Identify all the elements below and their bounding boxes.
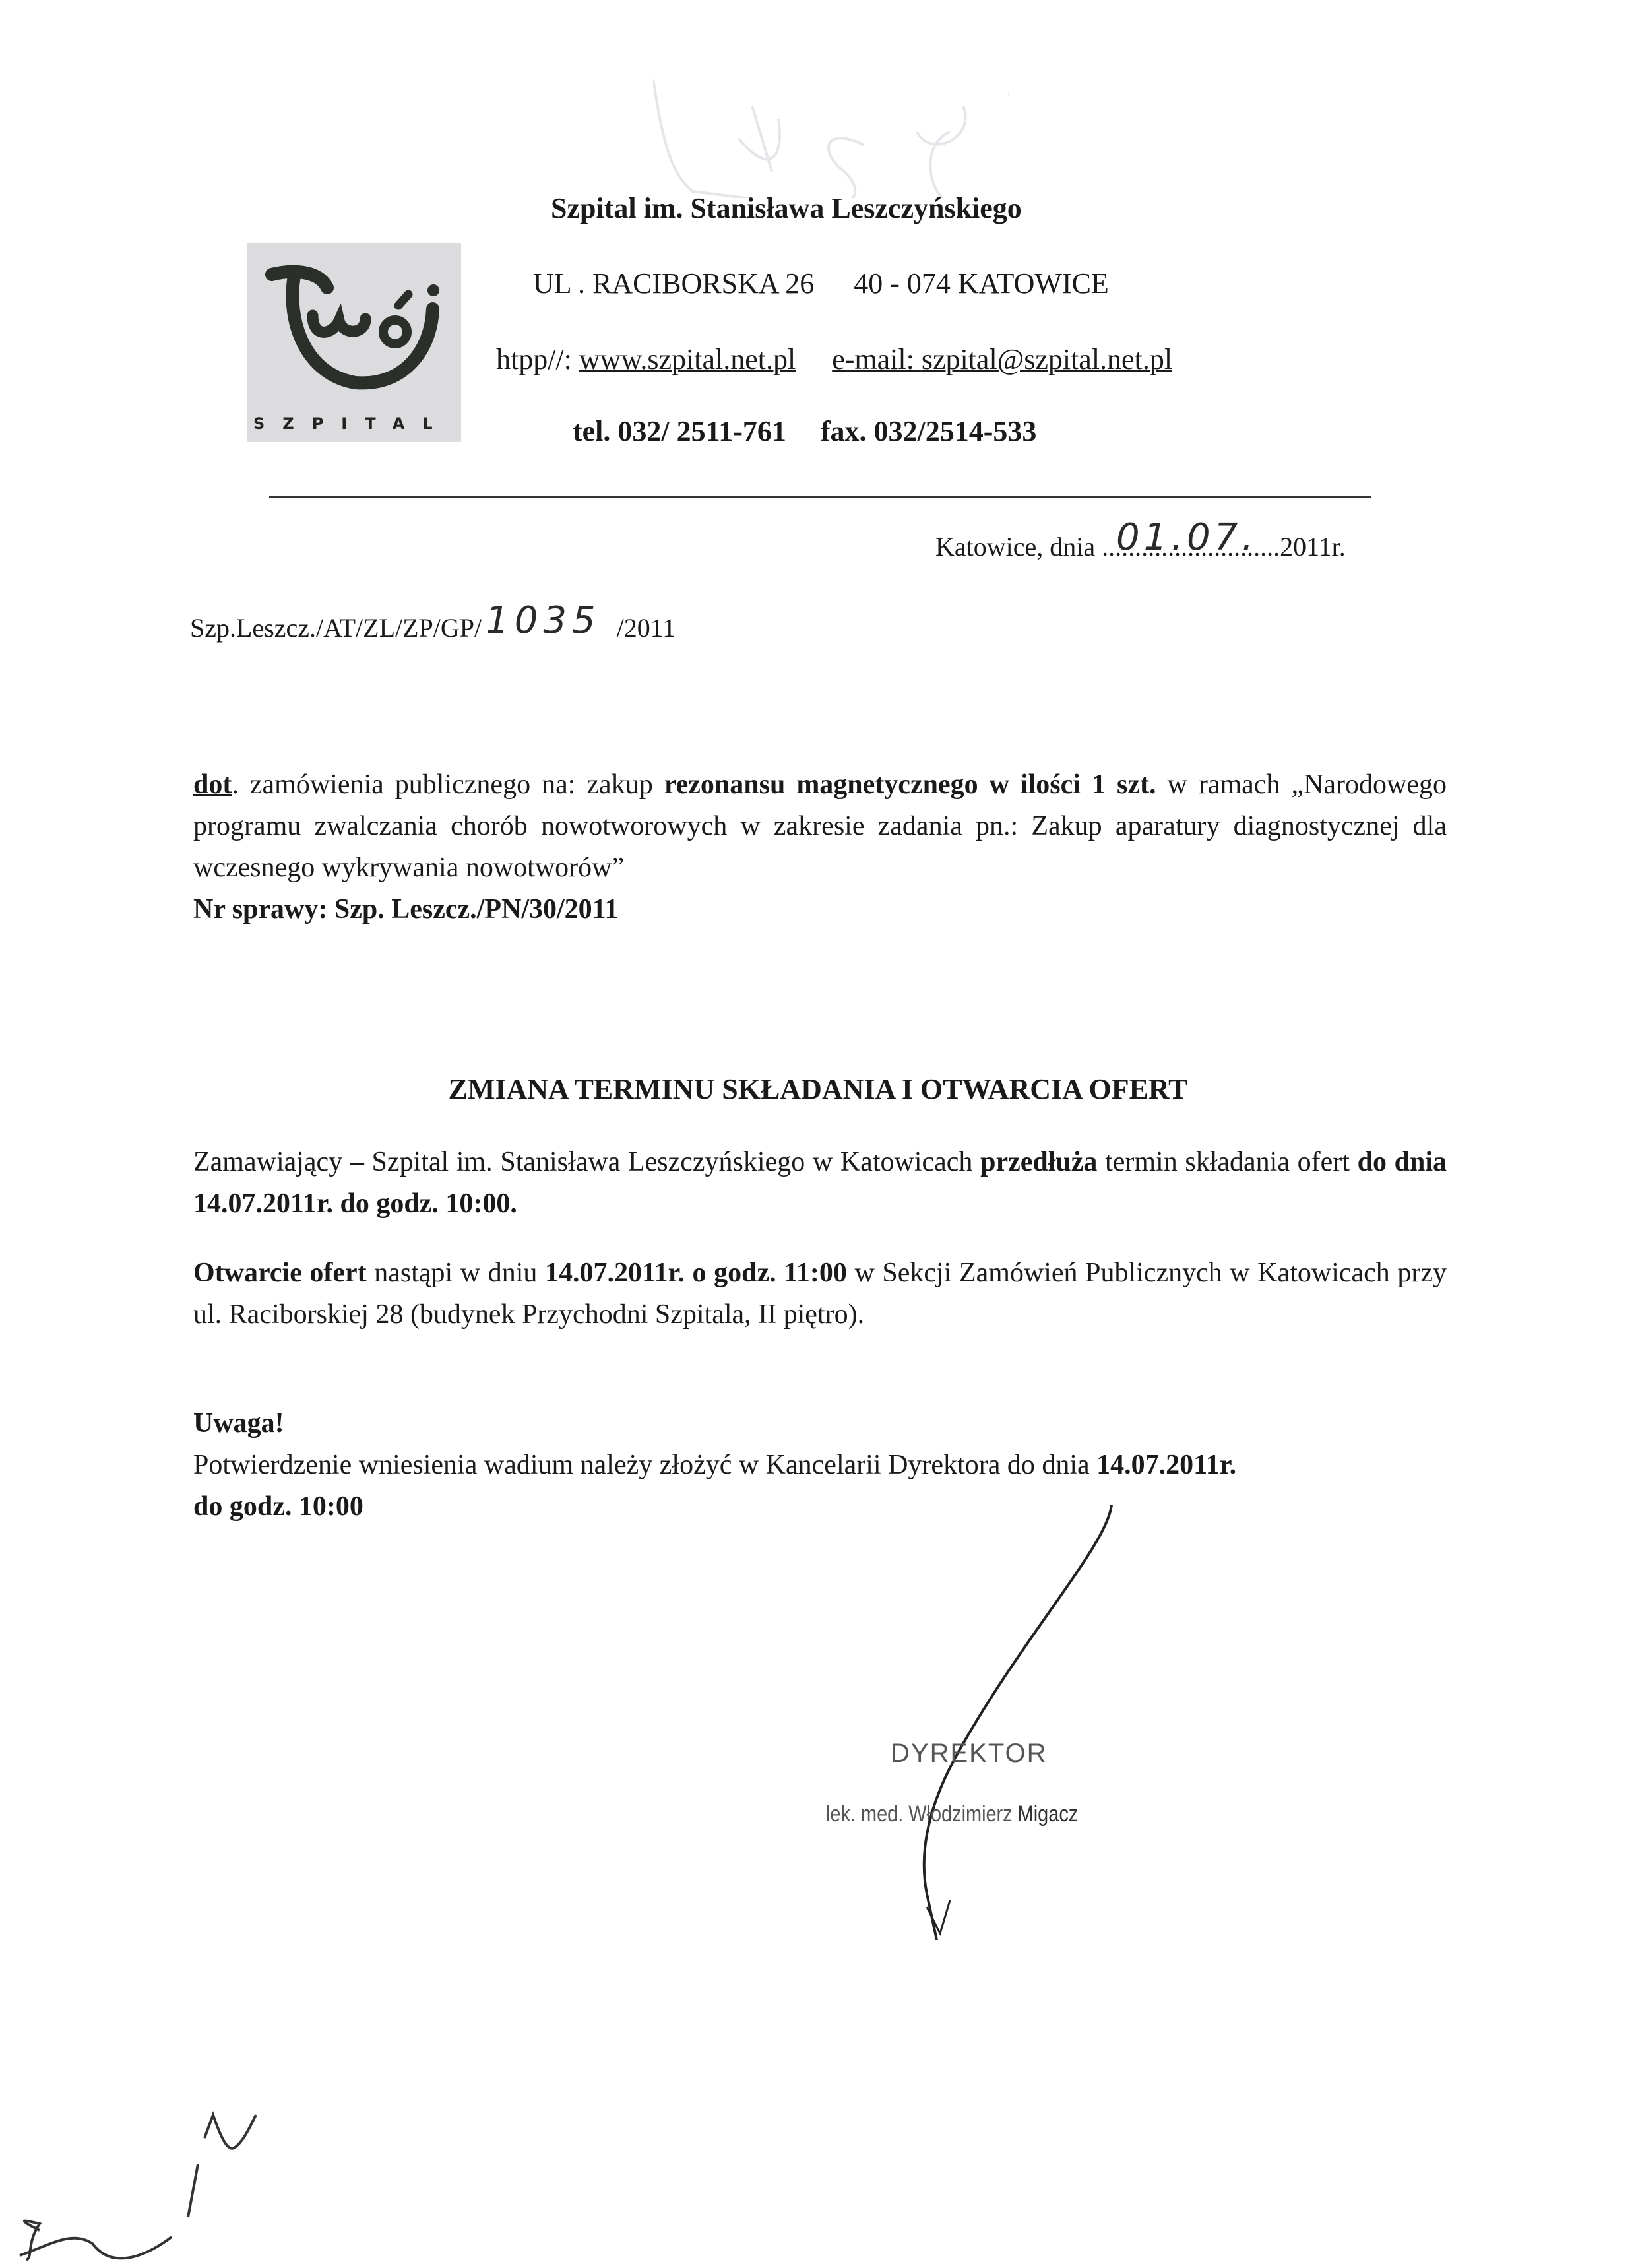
institution-name: Szpital im. Stanisława Leszczyńskiego (551, 191, 1022, 225)
signature-stroke (858, 1505, 1187, 1940)
phone-fax: tel. 032/ 2511-761fax. 032/2514-533 (573, 414, 1071, 448)
subject-paragraph: dot. zamówienia publicznego na: zakup re… (193, 764, 1447, 930)
notice-title: ZMIANA TERMINU SKŁADANIA I OTWARCIA OFER… (0, 1072, 1636, 1106)
faint-pencil-mark (653, 40, 1009, 198)
reference-number: Szp.Leszcz./AT/ZL/ZP/GP/1035/2011 (190, 603, 676, 646)
handwritten-date: 01.07. (1116, 516, 1257, 559)
signatory-name: lek. med. Włodzimierz Migacz (826, 1801, 1078, 1827)
notice-paragraph: Uwaga! Potwierdzenie wniesienia wadium n… (193, 1403, 1447, 1528)
handwritten-ref: 1035 (486, 599, 601, 642)
address: UL . RACIBORSKA 2640 - 074 KATOWICE (533, 267, 1148, 300)
phone: tel. 032/ 2511-761 (573, 415, 786, 447)
street: UL . RACIBORSKA 26 (533, 267, 814, 300)
extension-paragraph: Zamawiający – Szpital im. Stanisława Les… (193, 1142, 1447, 1225)
notice-heading: Uwaga! (193, 1408, 284, 1439)
postal-city: 40 - 074 KATOWICE (854, 267, 1109, 300)
handwritten-initials (0, 2079, 330, 2268)
case-number: Nr sprawy: Szp. Leszcz./PN/30/2011 (193, 894, 618, 924)
fax: fax. 032/2514-533 (821, 415, 1037, 447)
twoj-smile-icon (247, 243, 461, 408)
email-link[interactable]: e-mail: szpital@szpital.net.pl (832, 343, 1172, 375)
hospital-logo: SZPITAL (247, 243, 461, 442)
web-contact: htpp//: www.szpital.net.pl e-mail: szpit… (496, 342, 1172, 376)
logo-wordmark: SZPITAL (253, 414, 458, 433)
signature-title: DYREKTOR (891, 1739, 1048, 1768)
opening-paragraph: Otwarcie ofert nastąpi w dniu 14.07.2011… (193, 1252, 1447, 1336)
website-link[interactable]: www.szpital.net.pl (579, 343, 796, 375)
web-prefix: htpp//: (496, 343, 572, 375)
header-divider (269, 496, 1371, 498)
